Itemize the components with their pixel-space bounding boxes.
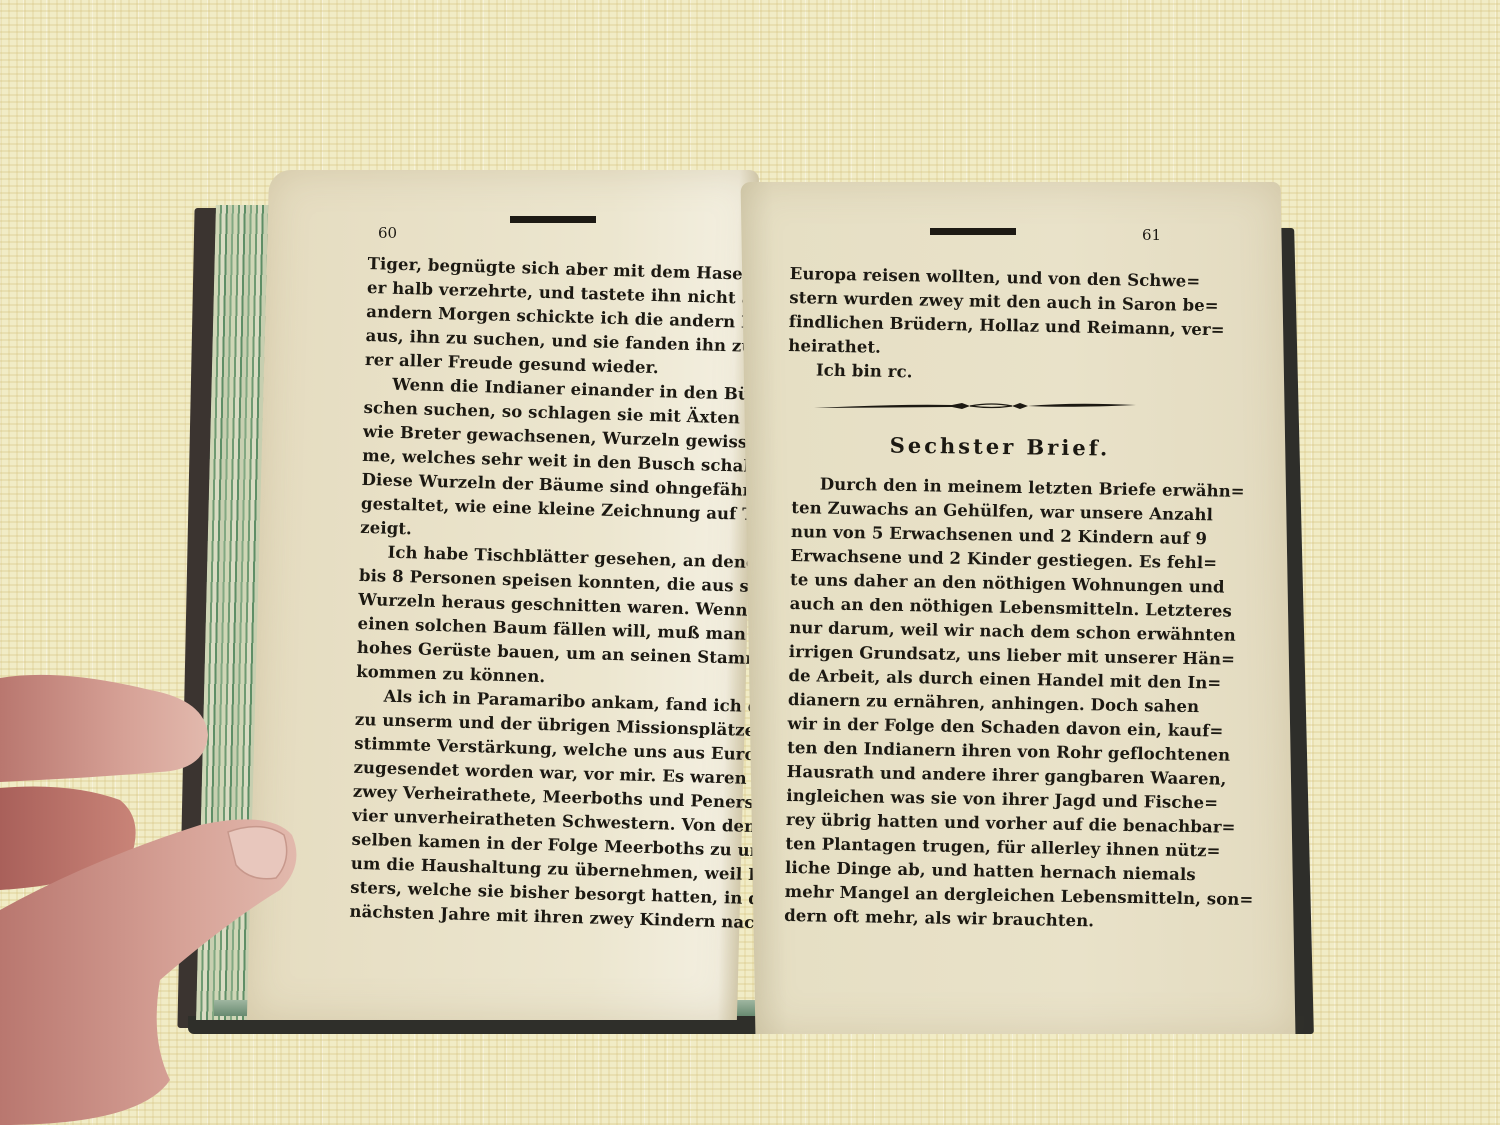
- right-header-rule: [930, 228, 1016, 233]
- right-page-number: 61: [1142, 226, 1161, 244]
- left-header-rule: [510, 216, 596, 221]
- index-finger: [0, 675, 208, 782]
- hand: [0, 660, 310, 1125]
- chapter-ornament-icon: [812, 400, 1138, 412]
- left-page-number: 60: [378, 224, 397, 242]
- left-page-text: Tiger, begnügte sich aber mit dem Hasen,…: [349, 252, 730, 934]
- photo-scene: 60 Tiger, begnügte sich aber mit dem Has…: [0, 0, 1500, 1125]
- right-page-text-body: Durch den in meinem letzten Briefe erwäh…: [784, 472, 1184, 935]
- chapter-title: Sechster Brief.: [880, 432, 1120, 460]
- right-page-text-top: Europa reisen wollten, und von den Schwe…: [788, 262, 1182, 390]
